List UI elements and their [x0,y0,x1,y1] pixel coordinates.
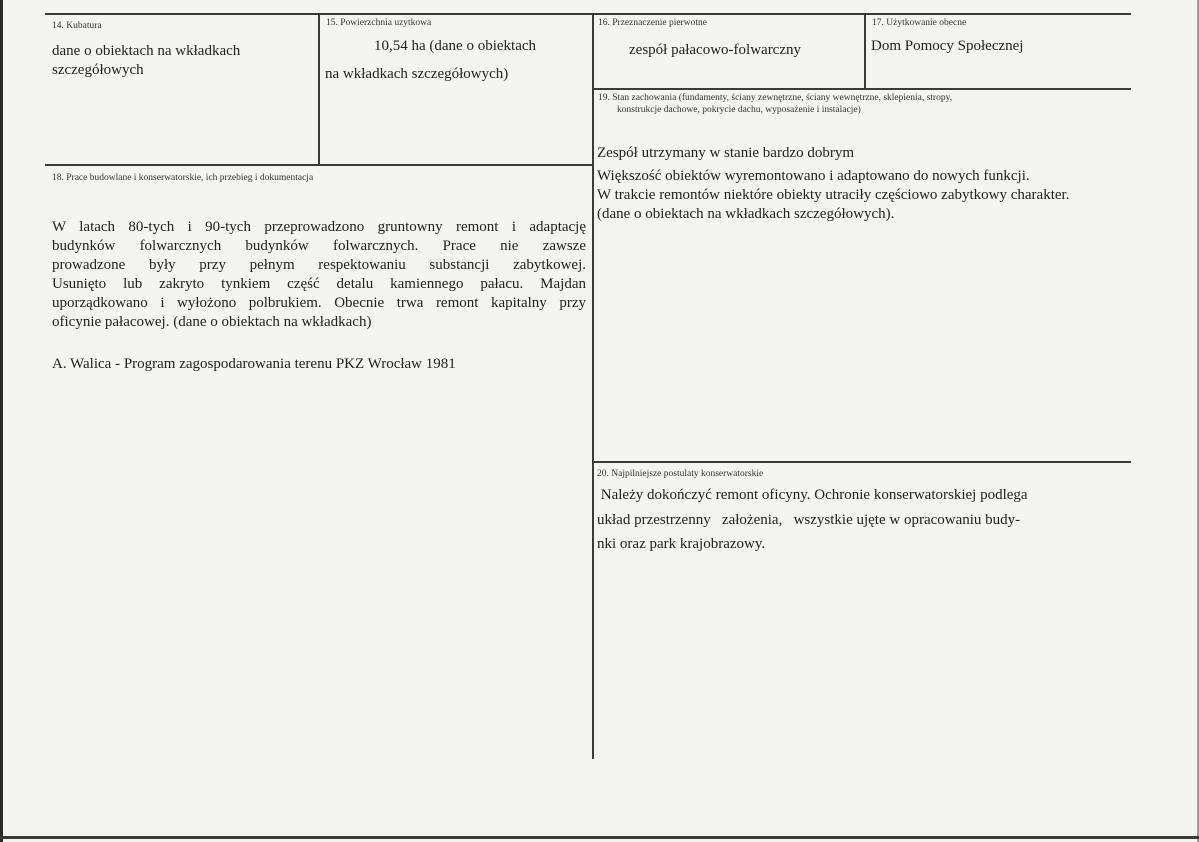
field-20-label: 20. Najpilniejsze postulaty konserwators… [597,469,763,479]
field-14-value-line-1: dane o obiektach na wkładkach [52,42,240,61]
field-19-value-line-2: Większość obiektów wyremontowano i adapt… [597,167,1030,186]
field-19-label-line-1: 19. Stan zachowania (fundamenty, ściany … [598,92,952,104]
field-18-label: 18. Prace budowlane i konserwatorskie, i… [52,173,313,183]
field-19-label-line-2: konstrukcje dachowe, pokrycie dachu, wyp… [617,104,861,116]
field-19-value-line-4: (dane o obiektach na wkładkach szczegóło… [597,205,894,224]
field-16-label: 16. Przeznaczenie pierwotne [598,18,707,28]
divider-row-19-20 [592,461,1131,463]
field-18-line: oficynie pałacowej. (dane o obiektach na… [52,313,586,332]
field-20-value-line-2: układ przestrzenny założenia, wszystkie … [597,511,1020,530]
field-15-value-line-1: 10,54 ha (dane o obiektach [374,37,536,56]
field-19-value-line-3: W trakcie remontów niektóre obiekty utra… [597,186,1069,205]
field-18-reference: A. Walica - Program zagospodarowania ter… [52,355,456,374]
field-20-value-line-3: nki oraz park krajobrazowy. [597,535,765,554]
scan-edge-left [0,0,3,842]
field-18-line: Usunięto lub zakryto tynkiem część detal… [52,275,586,294]
field-14-label: 14. Kubatura [52,21,102,31]
field-18-line: prowadzone były przy pełnym respektowani… [52,256,586,275]
divider-14-15 [318,13,320,166]
divider-16-17 [864,13,866,89]
field-14-value-line-2: szczegółowych [52,61,144,80]
field-15-label: 15. Powierzchnia uzytkowa [326,18,431,28]
field-17-label: 17. Użytkowanie obecne [872,18,966,28]
divider-row-16-19 [592,88,1131,90]
field-18-line: budynków folwarcznych budynków folwarczn… [52,237,586,256]
top-border [45,13,1131,15]
scan-edge-bottom [0,836,1199,839]
divider-row-14-18 [45,164,593,166]
field-15-value-line-2: na wkładkach szczegółowych) [325,65,508,84]
divider-center [592,13,594,759]
field-18-line: uporządkowano i wyłożono polbrukiem. Obe… [52,294,586,313]
field-17-value: Dom Pomocy Społecznej [871,37,1023,56]
field-18-line: W latach 80-tych i 90-tych przeprowadzon… [52,218,586,237]
field-20-value-line-1: Należy dokończyć remont oficyny. Ochroni… [597,486,1028,505]
field-18-body: W latach 80-tych i 90-tych przeprowadzon… [52,218,586,332]
field-16-value: zespół pałacowo-folwarczny [629,41,801,60]
field-19-value-line-1: Zespół utrzymany w stanie bardzo dobrym [597,144,854,163]
